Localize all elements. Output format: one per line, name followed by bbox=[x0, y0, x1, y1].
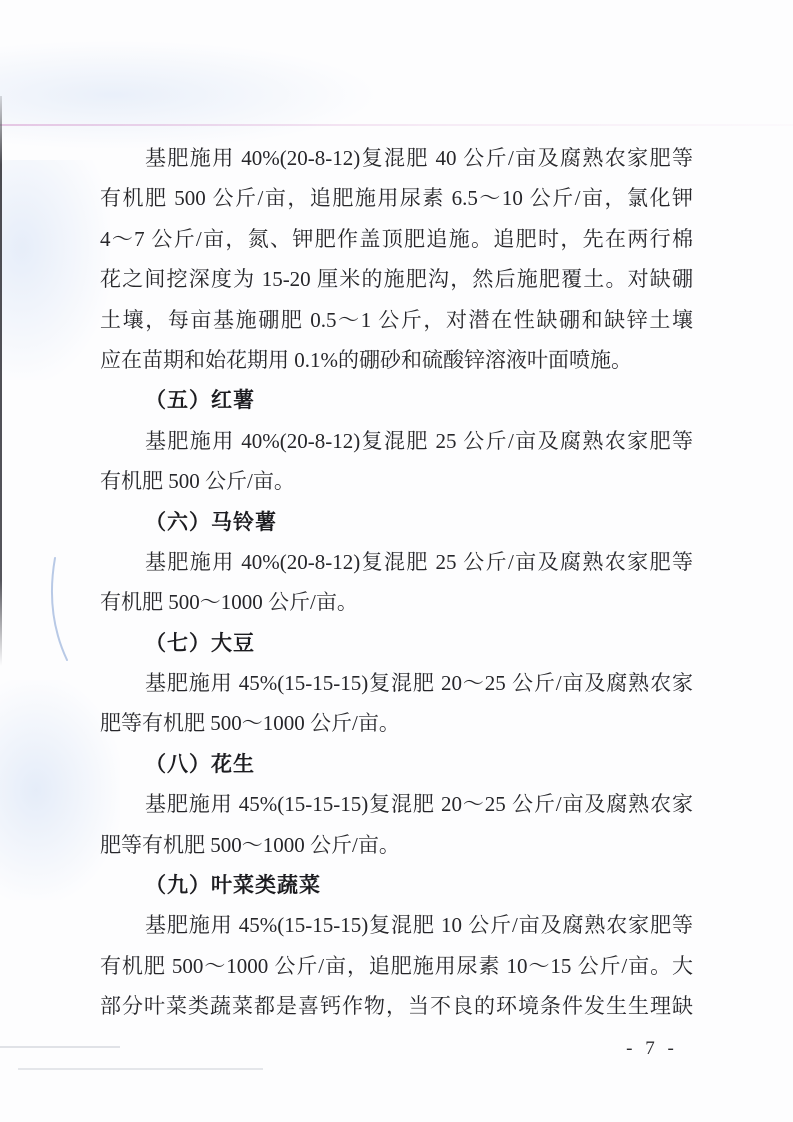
scan-edge-line bbox=[0, 96, 2, 666]
text-line: 有机肥 500 公斤/亩。 bbox=[100, 461, 693, 501]
text-line: 4～7 公斤/亩，氮、钾肥作盖顶肥追施。追肥时，先在两行棉 bbox=[100, 219, 693, 259]
text-line: 肥等有机肥 500～1000 公斤/亩。 bbox=[100, 825, 693, 865]
scan-smudge bbox=[0, 40, 380, 150]
text-line: 花之间挖深度为 15-20 厘米的施肥沟，然后施肥覆土。对缺硼 bbox=[100, 259, 693, 299]
section-heading: （八）花生 bbox=[100, 744, 693, 784]
page-number: - 7 - bbox=[612, 1038, 692, 1060]
section-heading: （五）红薯 bbox=[100, 380, 693, 420]
text-line: 基肥施用 40%(20-8-12)复混肥 25 公斤/亩及腐熟农家肥等 bbox=[100, 421, 693, 461]
scan-streak bbox=[18, 1068, 263, 1070]
section-heading: （六）马铃薯 bbox=[100, 502, 693, 542]
document-page: 基肥施用 40%(20-8-12)复混肥 40 公斤/亩及腐熟农家肥等有机肥 5… bbox=[0, 0, 793, 1122]
text-line: 部分叶菜类蔬菜都是喜钙作物，当不良的环境条件发生生理缺 bbox=[100, 986, 693, 1026]
text-line: 基肥施用 45%(15-15-15)复混肥 10 公斤/亩及腐熟农家肥等 bbox=[100, 905, 693, 945]
text-line: 肥等有机肥 500～1000 公斤/亩。 bbox=[100, 703, 693, 743]
text-line: 基肥施用 45%(15-15-15)复混肥 20～25 公斤/亩及腐熟农家 bbox=[100, 784, 693, 824]
scan-streak bbox=[0, 124, 793, 126]
text-line: 基肥施用 40%(20-8-12)复混肥 25 公斤/亩及腐熟农家肥等 bbox=[100, 542, 693, 582]
scan-smudge bbox=[0, 160, 110, 380]
text-line: 有机肥 500 公斤/亩，追肥施用尿素 6.5～10 公斤/亩，氯化钾 bbox=[100, 178, 693, 218]
text-column: 基肥施用 40%(20-8-12)复混肥 40 公斤/亩及腐熟农家肥等有机肥 5… bbox=[100, 138, 693, 1027]
scan-streak bbox=[0, 1046, 120, 1048]
text-line: 土壤，每亩基施硼肥 0.5～1 公斤，对潜在性缺硼和缺锌土壤 bbox=[100, 300, 693, 340]
text-line: 有机肥 500～1000 公斤/亩，追肥施用尿素 10～15 公斤/亩。大 bbox=[100, 946, 693, 986]
text-line: 有机肥 500～1000 公斤/亩。 bbox=[100, 582, 693, 622]
section-heading: （九）叶菜类蔬菜 bbox=[100, 865, 693, 905]
text-line: 应在苗期和始花期用 0.1%的硼砂和硫酸锌溶液叶面喷施。 bbox=[100, 340, 693, 380]
text-line: 基肥施用 45%(15-15-15)复混肥 20～25 公斤/亩及腐熟农家 bbox=[100, 663, 693, 703]
section-heading: （七）大豆 bbox=[100, 623, 693, 663]
text-line: 基肥施用 40%(20-8-12)复混肥 40 公斤/亩及腐熟农家肥等 bbox=[100, 138, 693, 178]
